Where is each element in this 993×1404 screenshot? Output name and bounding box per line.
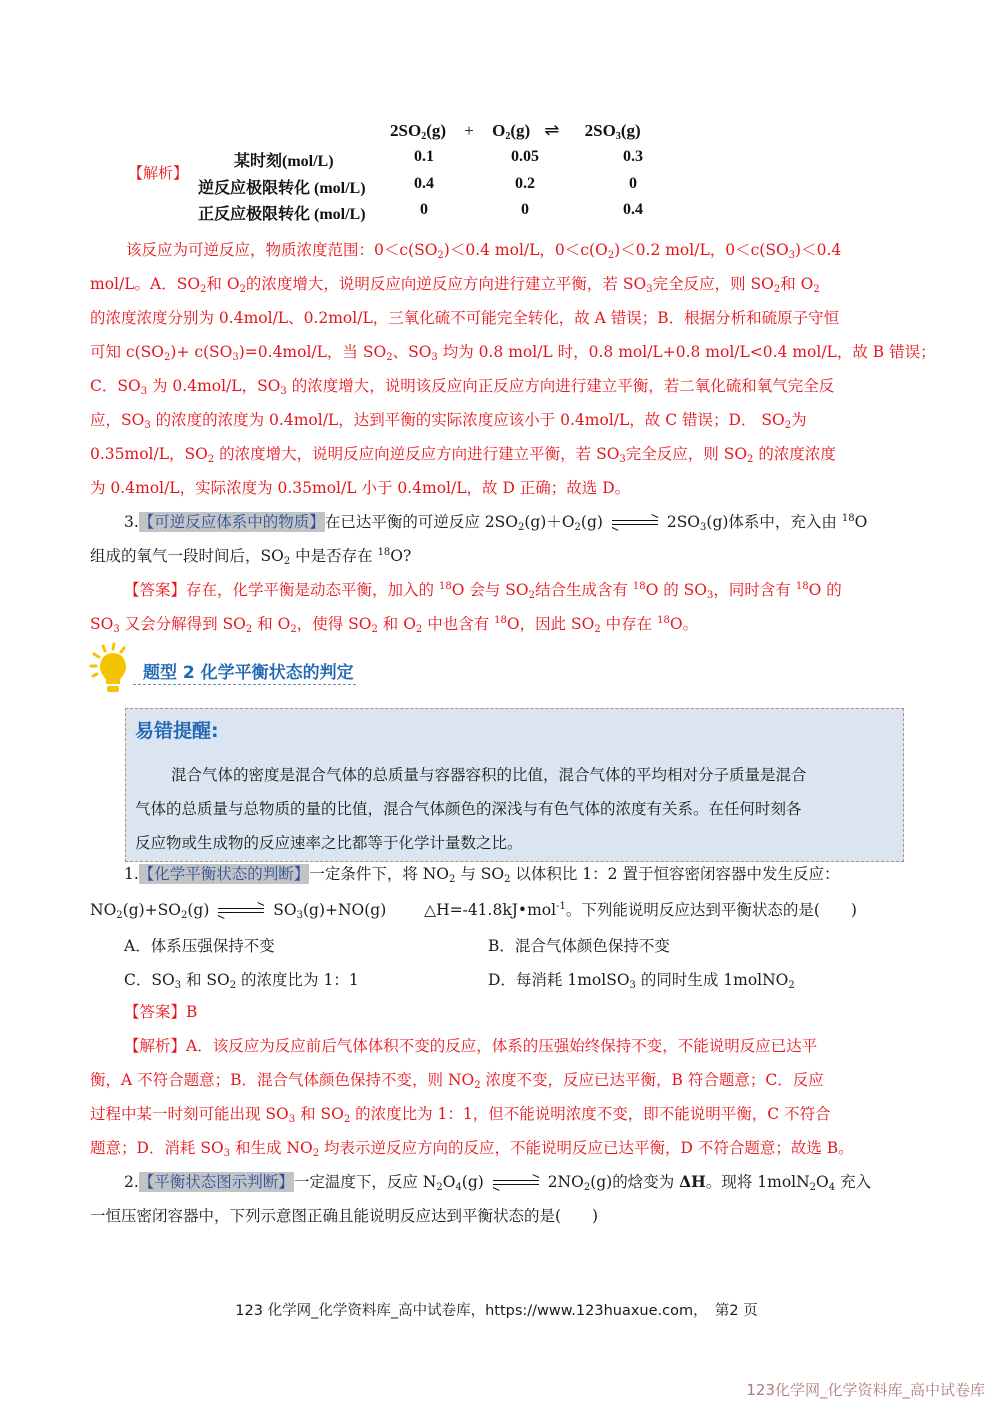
text: 和 SO	[295, 1105, 344, 1123]
text: 该反应为可逆反应，物质浓度范围：0＜c(SO	[126, 241, 437, 259]
text: (g)的焓变为	[590, 1173, 679, 1191]
analysis-label: 【解析】	[124, 1037, 186, 1055]
text: 的同时生成 1molNO	[636, 971, 788, 989]
text: 中也含有	[422, 615, 494, 633]
text: O	[443, 1173, 456, 1191]
option-b[interactable]: B．混合气体颜色保持不变	[488, 934, 670, 956]
text: O。	[670, 615, 698, 633]
lightbulb-icon	[88, 642, 132, 694]
text: )＜0.4	[795, 241, 841, 259]
plus-sign: +	[464, 121, 474, 140]
question-line: 3.【可逆反应体系中的物质】在已达平衡的可逆反应 2SO2(g)＋O2(g) 2…	[124, 512, 867, 532]
option-c[interactable]: C．SO3 和 SO2 的浓度比为 1：1	[124, 968, 359, 990]
text: C．SO	[90, 377, 141, 395]
sup: -1	[556, 901, 566, 912]
text: 题意；D．消耗 SO	[90, 1139, 224, 1157]
answer-line: 【答案】存在，化学平衡是动态平衡，加入的 18O 会与 SO2结合生成含有 18…	[124, 580, 842, 600]
text: ，同时含有	[713, 581, 795, 599]
text: 的浓度增大，说明反应向逆反应方向进行建立平衡，若 SO	[214, 445, 619, 463]
sup: 18	[439, 581, 452, 592]
tip-title: 易错提醒:	[135, 716, 219, 743]
text: 完全反应，则 SO	[626, 445, 747, 463]
reaction-table: 2SO2(g) + O2(g) ⇌ 2SO3(g) 【解析】 某时刻(mol/L…	[0, 0, 993, 230]
text: 存在，化学平衡是动态平衡，加入的	[186, 581, 439, 599]
row-label: 逆反应极限转化 (mol/L)	[198, 175, 366, 198]
text: 又会分解得到 SO	[120, 615, 246, 633]
text: 充入	[835, 1173, 871, 1191]
analysis-line: 应，SO3 的浓度的浓度为 0.4mol/L，达到平衡的实际浓度应该小于 0.4…	[90, 410, 807, 430]
text: O	[855, 513, 868, 531]
tip-line: 气体的总质量与总物质的量的比值，混合气体颜色的深浅与有色气体的浓度有关系。在任何…	[135, 797, 802, 819]
text: 的浓度的浓度为 0.4mol/L，达到平衡的实际浓度应该小于 0.4mol/L，…	[151, 411, 785, 429]
text: 为 0.4mol/L，SO	[147, 377, 280, 395]
text: A．该反应为反应前后气体体积不变的反应，体系的压强始终保持不变，不能说明反应已达…	[186, 1037, 817, 1055]
question-tag: 【可逆反应体系中的物质】	[139, 512, 325, 532]
text: 在已达平衡的可逆反应 2SO	[325, 513, 518, 531]
text: 中是否存在	[290, 547, 377, 565]
option-d[interactable]: D．每消耗 1molSO3 的同时生成 1molNO2	[488, 968, 795, 990]
analysis-label: 【解析】	[128, 162, 188, 183]
sup: 18	[378, 547, 391, 558]
text: )＜0.2 mol/L，0＜c(SO	[614, 241, 789, 259]
text: O	[816, 1173, 829, 1191]
text: △H=-41.8kJ•mol	[424, 901, 556, 919]
text: 2NO	[548, 1173, 584, 1191]
text: 和 O	[252, 615, 290, 633]
text: 和 O	[780, 275, 813, 293]
question-tag: 【平衡状态图示判断】	[139, 1172, 294, 1192]
sup: 18	[657, 615, 670, 626]
text: 的浓度比为 1：1，但不能说明浓度不变，即不能说明平衡，C 不符合	[350, 1105, 830, 1123]
text: )=0.4mol/L，当 SO	[239, 343, 386, 361]
equation-row: 2SO2(g) + O2(g) ⇌ 2SO3(g)	[390, 120, 641, 141]
cell: 0.4	[384, 175, 464, 193]
text: (g)体系中，充入由	[706, 513, 841, 531]
analysis-line: 为 0.4mol/L，实际浓度为 0.35mol/L 小于 0.4mol/L，故…	[90, 478, 630, 498]
page-footer: 123 化学网_化学资料库_高中试卷库，https://www.123huaxu…	[0, 1299, 993, 1320]
text: )+ c(SO	[170, 343, 232, 361]
state: (g)	[510, 121, 530, 140]
text: C．SO	[124, 971, 175, 989]
sup: 18	[796, 581, 809, 592]
delta-h: ΔH	[679, 1172, 706, 1191]
analysis-line: 【解析】A．该反应为反应前后气体体积不变的反应，体系的压强始终保持不变，不能说明…	[124, 1036, 817, 1056]
text: 结合生成含有	[535, 581, 633, 599]
analysis-line: 该反应为可逆反应，物质浓度范围：0＜c(SO2)＜0.4 mol/L，0＜c(O…	[126, 240, 841, 260]
question-number: 2.	[124, 1173, 139, 1191]
text: 2SO	[667, 513, 700, 531]
text: (g)	[187, 901, 209, 919]
equilibrium-arrow-icon	[612, 518, 658, 528]
product-1: 2SO	[585, 121, 616, 140]
text: 完全反应，则 SO	[653, 275, 774, 293]
cell: 0	[384, 201, 464, 219]
text: O 的 SO	[646, 581, 707, 599]
section-title: 题型 2 化学平衡状态的判定	[133, 658, 356, 685]
analysis-line: mol/L。A．SO2和 O2的浓度增大，说明反应向逆反应方向进行建立平衡，若 …	[90, 274, 820, 294]
text: 0.35mol/L，SO	[90, 445, 208, 463]
answer-line: SO3 又会分解得到 SO2 和 O2，使得 SO2 和 O2 中也含有 18O…	[90, 614, 698, 634]
cell: 0	[485, 201, 565, 219]
text: 衡，A 不符合题意；B．混合气体颜色保持不变，则 NO	[90, 1071, 474, 1089]
text: (g)+SO	[123, 901, 181, 919]
analysis-line: 题意；D．消耗 SO3 和生成 NO2 均表示逆反应方向的反应，不能说明反应已达…	[90, 1138, 854, 1158]
answer-line: 【答案】B	[124, 1002, 197, 1022]
text: 与 SO	[455, 865, 504, 883]
text: 。现将 1molN	[706, 1173, 810, 1191]
text: NO	[90, 901, 116, 919]
text: )＜0.4 mol/L，0＜c(O	[444, 241, 608, 259]
analysis-line: 衡，A 不符合题意；B．混合气体颜色保持不变，则 NO2 浓度不变，反应已达平衡…	[90, 1070, 824, 1090]
text: 浓度不变，反应已达平衡，B 符合题意；C．反应	[481, 1071, 824, 1089]
text: 的浓度比为 1：1	[236, 971, 359, 989]
cell: 0.3	[593, 148, 673, 166]
state: (g)	[426, 121, 446, 140]
text: 为	[791, 411, 807, 429]
text: 均表示逆反应方向的反应，不能说明反应已达平衡，D 不符合题意；故选 B。	[319, 1139, 854, 1157]
text: mol/L。A．SO	[90, 275, 200, 293]
equilibrium-arrow-icon	[218, 906, 264, 916]
text: O?	[390, 547, 411, 565]
text: 的浓度浓度	[753, 445, 835, 463]
reactant-1: 2SO	[390, 121, 421, 140]
question-line: 1.【化学平衡状态的判断】一定条件下，将 NO2 与 SO2 以体积比 1：2 …	[124, 864, 839, 884]
row-label: 正反应极限转化 (mol/L)	[198, 201, 366, 224]
tip-line: 反应物或生成物的反应速率之比都等于化学计量数之比。	[135, 831, 523, 853]
option-a[interactable]: A．体系压强保持不变	[124, 934, 275, 956]
text: 的浓度增大，说明反应向逆反应方向进行建立平衡，若 SO	[246, 275, 646, 293]
text: 和生成 NO	[230, 1139, 313, 1157]
state: (g)	[621, 121, 641, 140]
cell: 0.4	[593, 201, 673, 219]
text: (g)	[462, 1173, 484, 1191]
question-number: 3.	[124, 513, 139, 531]
analysis-line: 可知 c(SO2)+ c(SO3)=0.4mol/L，当 SO2、SO3 均为 …	[90, 342, 936, 362]
cell: 0.05	[485, 148, 565, 166]
reactant-2: O	[492, 121, 505, 140]
text: 。下列能说明反应达到平衡状态的是( )	[566, 901, 857, 919]
sub: 2	[813, 284, 819, 295]
text: D．每消耗 1molSO	[488, 971, 630, 989]
analysis-line: C．SO3 为 0.4mol/L，SO3 的浓度增大，说明该反应向正反应方向进行…	[90, 376, 834, 396]
analysis-line: 过程中某一时刻可能出现 SO3 和 SO2 的浓度比为 1：1，但不能说明浓度不…	[90, 1104, 831, 1124]
text: 一定条件下，将 NO	[309, 865, 449, 883]
cell: 0.2	[485, 175, 565, 193]
equilibrium-arrow-icon	[493, 1178, 539, 1188]
sup: 18	[494, 615, 507, 626]
question-tag: 【化学平衡状态的判断】	[139, 864, 310, 884]
tip-box: 易错提醒: 混合气体的密度是混合气体的总质量与容器容积的比值，混合气体的平均相对…	[125, 708, 904, 862]
question-number: 1.	[124, 865, 139, 883]
text: 组成的氧气一段时间后，SO	[90, 547, 284, 565]
text: ，使得 SO	[297, 615, 372, 633]
question-line: NO2(g)+SO2(g) SO3(g)+NO(g) △H=-41.8kJ•mo…	[90, 900, 857, 920]
text: 过程中某一时刻可能出现 SO	[90, 1105, 289, 1123]
text: O 的	[809, 581, 842, 599]
analysis-line: 0.35mol/L，SO2 的浓度增大，说明反应向逆反应方向进行建立平衡，若 S…	[90, 444, 836, 464]
text: 均为 0.8 mol/L 时，0.8 mol/L+0.8 mol/L<0.4 m…	[438, 343, 936, 361]
question-line: 2.【平衡状态图示判断】一定温度下，反应 N2O4(g) 2NO2(g)的焓变为…	[124, 1172, 871, 1192]
text: O 会与 SO	[452, 581, 529, 599]
question-line: 组成的氧气一段时间后，SO2 中是否存在 18O?	[90, 546, 411, 566]
equilibrium-arrow-icon: ⇌	[544, 120, 570, 141]
sup: 18	[842, 513, 855, 524]
text: 中存在	[601, 615, 657, 633]
text: (g)	[581, 513, 603, 531]
analysis-line: 的浓度浓度分别为 0.4mol/L、0.2mol/L，三氧化硫不可能完全转化，故…	[90, 308, 839, 328]
text: 和 O	[206, 275, 239, 293]
text: O，因此 SO	[507, 615, 594, 633]
tip-line: 混合气体的密度是混合气体的总质量与容器容积的比值，混合气体的平均相对分子质量是混…	[171, 763, 807, 785]
text: 和 SO	[181, 971, 230, 989]
text: (g)＋O	[524, 513, 574, 531]
question-line: 一恒压密闭容器中，下列示意图正确且能说明反应达到平衡状态的是( )	[90, 1206, 598, 1226]
row-label: 某时刻(mol/L)	[234, 148, 334, 171]
text: 应，SO	[90, 411, 144, 429]
text: 一定温度下，反应 N	[294, 1173, 437, 1191]
answer-label: 【答案】	[124, 581, 186, 599]
text: 可知 c(SO	[90, 343, 164, 361]
text: SO	[273, 901, 296, 919]
text: SO	[90, 615, 113, 633]
cell: 0	[593, 175, 673, 193]
watermark: 123化学网_化学资料库_高中试卷库	[746, 1379, 985, 1400]
text: 、SO	[393, 343, 432, 361]
sup: 18	[633, 581, 646, 592]
text: 的浓度增大，说明该反应向正反应方向进行建立平衡，若二氧化硫和氧气完全反	[287, 377, 834, 395]
cell: 0.1	[384, 148, 464, 166]
sub: 2	[788, 980, 794, 991]
text: 和 O	[378, 615, 416, 633]
text: 以体积比 1：2 置于恒容密闭容器中发生反应：	[510, 865, 839, 883]
text: (g)+NO(g)	[303, 901, 386, 919]
